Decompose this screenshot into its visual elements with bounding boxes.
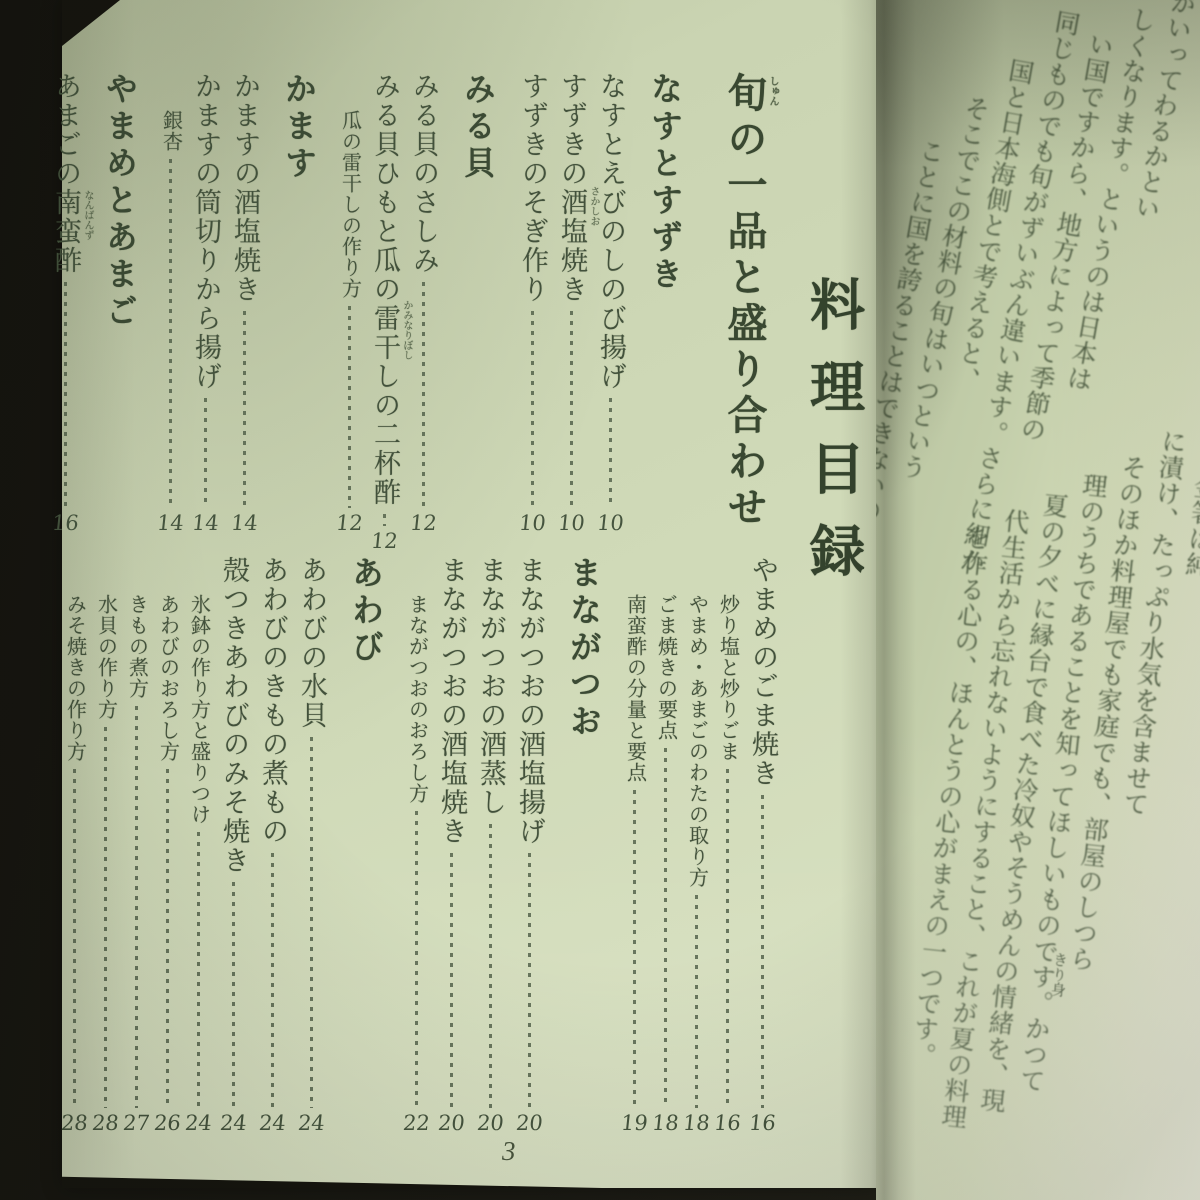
- toc-item-label: みる貝: [462, 72, 494, 183]
- toc-item-label: 旬の一品と盛り合わせしゅん: [724, 72, 764, 532]
- toc-item-label: 南蛮酢の分量と要点: [625, 594, 645, 783]
- toc-sub-entry: 氷鉢の作り方と盛りつけ24: [183, 556, 214, 1134]
- toc-page-number: 16: [51, 513, 80, 534]
- dotted-leader: [166, 769, 169, 1108]
- toc-sub-entry: みそ焼きの作り方28: [59, 556, 90, 1134]
- toc-heading: まながつお: [555, 556, 613, 1134]
- dotted-leader: [271, 853, 274, 1108]
- toc-entry: まながつおの酒塩揚げ20: [510, 556, 549, 1134]
- facing-page: がいってわるかといしくなります。というのは日本はい国ですから、地方によって季節の…: [876, 0, 1200, 1200]
- toc-item-label: ごま焼きの要点: [656, 594, 676, 741]
- toc-item-label: すずきのそぎ作り: [519, 72, 546, 304]
- toc-heading: なすとすずき: [636, 72, 694, 534]
- toc-page-number: 18: [651, 1113, 680, 1134]
- dotted-leader: [204, 398, 207, 508]
- toc-item-label: なすとえびのしのび揚げ: [597, 72, 624, 391]
- toc-item-label: 氷鉢の作り方と盛りつけ: [189, 594, 209, 825]
- toc-page-number: 18: [682, 1113, 711, 1134]
- dotted-leader: [415, 811, 418, 1108]
- dotted-leader: [243, 311, 246, 508]
- toc-page-number: 20: [437, 1113, 466, 1134]
- toc-item-label: かますの筒切りから揚げ: [192, 72, 219, 391]
- toc-sub-entry: 瓜の雷干しの作り方12: [334, 72, 365, 534]
- toc-page-number: 24: [219, 1113, 248, 1134]
- dotted-leader: [197, 832, 200, 1108]
- toc-item-label: 銀杏: [161, 110, 181, 152]
- page-edge-shadow-bottom-left: [62, 1172, 602, 1188]
- dotted-leader: [570, 311, 573, 508]
- toc-page-number: 14: [230, 513, 259, 534]
- dotted-leader: [726, 769, 729, 1108]
- toc-entry: かますの筒切りから揚げ14: [186, 72, 225, 534]
- toc-page-number: 19: [620, 1113, 649, 1134]
- toc-sub-entry: 炒り塩と炒りごま16: [712, 556, 743, 1134]
- toc-page-number: 14: [191, 513, 220, 534]
- toc-item-label: あわびのおろし方: [158, 594, 178, 762]
- facing-page-small-text: きり身: [1046, 951, 1070, 997]
- toc-item-label: あわびのきもの煮もの: [259, 556, 286, 846]
- dotted-leader: [422, 282, 425, 508]
- toc-page: 料理目録 旬の一品と盛り合わせしゅんなすとすずきなすとえびのしのび揚げ10すずき…: [62, 0, 878, 1188]
- toc-page-number: 28: [91, 1113, 120, 1134]
- toc-page-number: 24: [258, 1113, 287, 1134]
- toc-sub-entry: 南蛮酢の分量と要点19: [619, 556, 650, 1134]
- toc-page-number: 20: [515, 1113, 544, 1134]
- toc-page-number: 14: [156, 513, 185, 534]
- toc-heading: やまめとあまご: [91, 72, 149, 534]
- toc-item-label: まながつおのおろし方: [407, 594, 427, 804]
- dotted-leader: [450, 853, 453, 1108]
- toc-page-number: 20: [476, 1113, 505, 1134]
- toc-lower-section: やまめのごま焼き16炒り塩と炒りごま16やまめ・あまごのわたの取り方18ごま焼き…: [59, 556, 782, 1134]
- dotted-leader: [232, 882, 235, 1108]
- book-photo: 料理目録 旬の一品と盛り合わせしゅんなすとすずきなすとえびのしのび揚げ10すずき…: [0, 0, 1200, 1200]
- furigana: かみなりぼし: [401, 300, 411, 360]
- toc-sub-entry: 水貝の作り方28: [90, 556, 121, 1134]
- toc-sub-entry: あわびのおろし方26: [152, 556, 183, 1134]
- toc-item-label: やまめ・あまごのわたの取り方: [687, 594, 707, 888]
- toc-entry: みる貝ひもと瓜の雷干しの二杯酢かみなりぼし12: [365, 72, 404, 534]
- toc-item-label: 水貝の作り方: [96, 594, 116, 720]
- toc-entry: なすとえびのしのび揚げ10: [591, 72, 630, 534]
- toc-item-label: あわびの水貝: [298, 556, 325, 730]
- toc-page-number: 27: [122, 1113, 151, 1134]
- dotted-leader: [528, 853, 531, 1108]
- dotted-leader: [633, 790, 636, 1108]
- dotted-leader: [135, 706, 138, 1108]
- toc-sub-entry: きもの煮方27: [121, 556, 152, 1134]
- dotted-leader: [531, 311, 534, 508]
- furigana: なんばんず: [82, 190, 92, 240]
- toc-page-number: 10: [518, 513, 547, 534]
- toc-heading: あわび: [337, 556, 395, 1134]
- toc-entry: やまめのごま焼き16: [743, 556, 782, 1134]
- toc-entry: まながつおの酒塩焼き20: [432, 556, 471, 1134]
- toc-item-label: みる貝のさしみ: [410, 72, 437, 275]
- toc-item-label: かます: [283, 72, 315, 183]
- dotted-leader: [64, 282, 67, 508]
- dotted-leader: [664, 748, 667, 1108]
- dotted-leader: [348, 306, 351, 508]
- toc-entry: 殻つきあわびのみそ焼き24: [214, 556, 253, 1134]
- dotted-leader: [489, 824, 492, 1108]
- toc-page-number: 28: [60, 1113, 89, 1134]
- page-corner-shadow-top-left: [62, 0, 120, 46]
- folio-page-number: 3: [502, 1136, 516, 1167]
- toc-item-label: まながつおの酒塩揚げ: [516, 556, 543, 846]
- furigana: さかしお: [588, 186, 598, 226]
- toc-entry: あまごの南蛮酢なんばんず16: [46, 72, 85, 534]
- toc-page-number: 10: [596, 513, 625, 534]
- dotted-leader: [609, 398, 612, 508]
- toc-entry: かますの酒塩焼き14: [225, 72, 264, 534]
- toc-heading: みる貝: [449, 72, 507, 534]
- toc-entry: あわびの水貝24: [292, 556, 331, 1134]
- dotted-leader: [310, 737, 313, 1108]
- toc-page-number: 26: [153, 1113, 182, 1134]
- toc-page-number: 16: [713, 1113, 742, 1134]
- toc-page-number: 16: [748, 1113, 777, 1134]
- toc-item-label: あまごの南蛮酢なんばんず: [52, 72, 79, 275]
- toc-item-label: なすとすずき: [649, 72, 681, 294]
- toc-item-label: まながつおの酒塩焼き: [438, 556, 465, 846]
- toc-heading: かます: [270, 72, 328, 534]
- dotted-leader: [73, 769, 76, 1108]
- furigana: しゅん: [767, 76, 777, 106]
- toc-page-number: 24: [297, 1113, 326, 1134]
- toc-page-number: 12: [409, 513, 438, 534]
- toc-page-number: 12: [370, 531, 399, 552]
- toc-entry: すずきのそぎ作り10: [513, 72, 552, 534]
- toc-sub-entry: やまめ・あまごのわたの取り方18: [681, 556, 712, 1134]
- toc-sub-entry: 銀杏14: [155, 72, 186, 534]
- toc-entry: すずきの酒塩焼きさかしお10: [552, 72, 591, 534]
- toc-page-number: 24: [184, 1113, 213, 1134]
- toc-sub-entry: まながつおのおろし方22: [401, 556, 432, 1134]
- toc-page-number: 10: [557, 513, 586, 534]
- dotted-leader: [761, 795, 764, 1108]
- toc-item-label: やまめのごま焼き: [749, 556, 776, 788]
- toc-item-label: みる貝ひもと瓜の雷干しの二杯酢かみなりぼし: [371, 72, 398, 507]
- toc-title: 旬の一品と盛り合わせしゅん: [712, 72, 776, 534]
- toc-item-label: みそ焼きの作り方: [65, 594, 85, 762]
- toc-item-label: やまめとあまご: [104, 72, 136, 331]
- toc-item-label: 殻つきあわびのみそ焼き: [220, 556, 247, 875]
- toc-item-label: まながつおの酒蒸し: [477, 556, 504, 817]
- dotted-leader: [104, 727, 107, 1108]
- toc-item-label: あわび: [350, 556, 382, 667]
- dotted-leader: [695, 895, 698, 1108]
- toc-item-label: きもの煮方: [127, 594, 147, 699]
- toc-item-label: 瓜の雷干しの作り方: [340, 110, 360, 299]
- dotted-leader: [383, 514, 386, 526]
- dotted-leader: [169, 159, 172, 508]
- toc-upper-section: 旬の一品と盛り合わせしゅんなすとすずきなすとえびのしのび揚げ10すずきの酒塩焼き…: [46, 72, 786, 534]
- page-title: 料理目録: [793, 276, 872, 604]
- toc-item-label: かますの酒塩焼き: [231, 72, 258, 304]
- toc-page-number: 12: [335, 513, 364, 534]
- toc-item-label: まながつお: [568, 556, 600, 741]
- toc-entry: あわびのきもの煮もの24: [253, 556, 292, 1134]
- toc-sub-entry: ごま焼きの要点18: [650, 556, 681, 1134]
- toc-page-number: 22: [402, 1113, 431, 1134]
- toc-item-label: 炒り塩と炒りごま: [718, 594, 738, 762]
- toc-entry: まながつおの酒蒸し20: [471, 556, 510, 1134]
- toc-item-label: すずきの酒塩焼きさかしお: [558, 72, 585, 304]
